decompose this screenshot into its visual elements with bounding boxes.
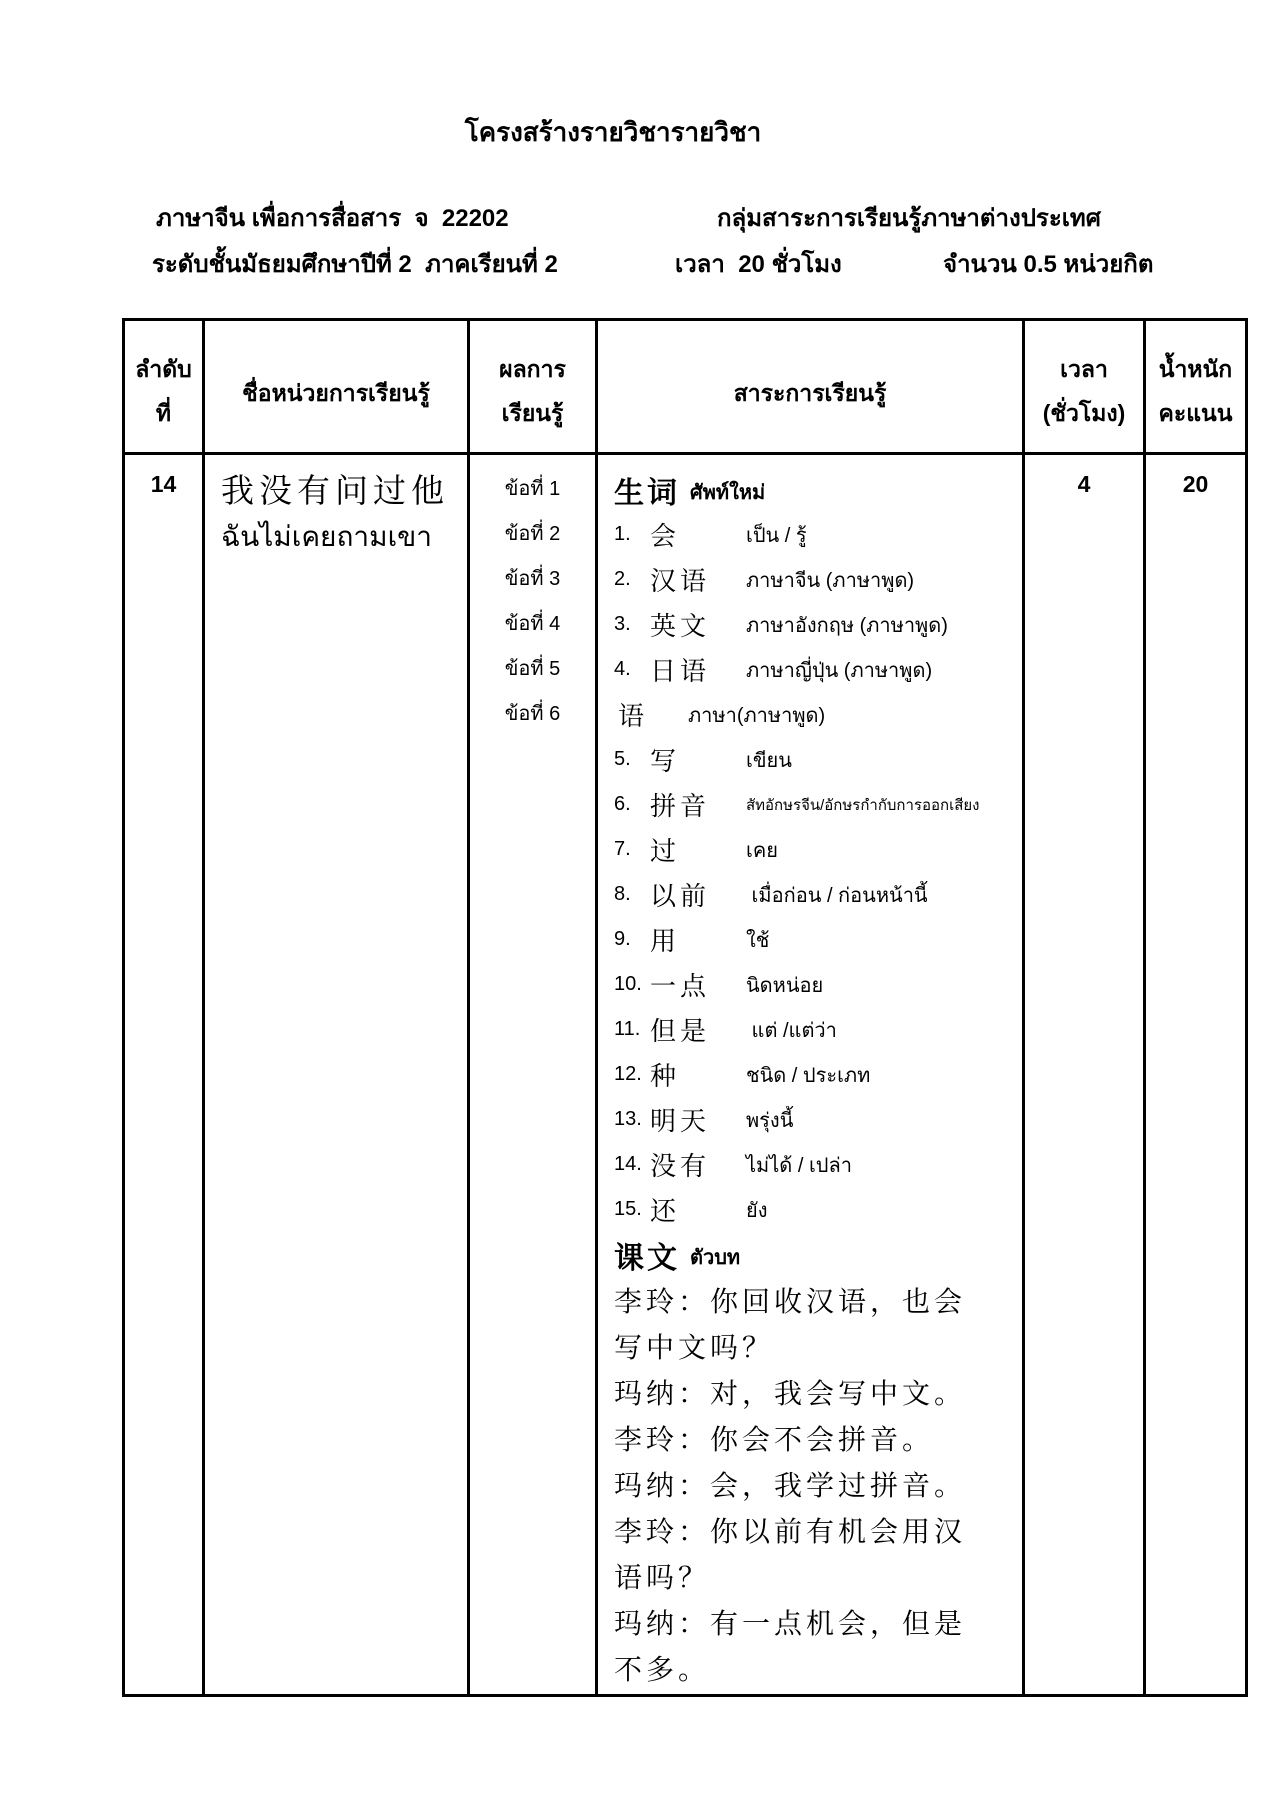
vocab-term: 3.英文 (614, 606, 746, 643)
course-name: ภาษาจีน เพื่อการสื่อสาร จ 22202 (156, 198, 509, 237)
header-score-weight: น้ำหนักคะแนน (1146, 321, 1245, 455)
vocab-thai-meaning: เมื่อก่อน / ก่อนหน้านี้ (746, 879, 928, 911)
vocab-term: 4.日语 (614, 651, 746, 688)
vocab-item: 3.英文 ภาษาอังกฤษ (ภาษาพูด) (614, 602, 1012, 647)
vocab-number: 4. (614, 658, 650, 681)
vocab-item: 8.以前 เมื่อก่อน / ก่อนหน้านี้ (614, 872, 1012, 917)
dialogue-line: 李玲：你回收汉语，也会 (614, 1277, 1012, 1323)
vocab-chinese: 一点 (650, 966, 710, 1003)
vocab-item: 12.种 ชนิด / ประเภท (614, 1052, 1012, 1097)
vocab-thai-meaning: แต่ /แต่ว่า (746, 1014, 837, 1046)
dialogue-line: 写中文吗？ (614, 1323, 1012, 1369)
vocab-number: 2. (614, 568, 650, 591)
vocab-term: 10.一点 (614, 966, 746, 1003)
vocab-thai-meaning: เคย (746, 834, 778, 866)
course-time: เวลา 20 ชั่วโมง (675, 244, 842, 283)
header-line: เรียนรู้ (502, 391, 564, 435)
vocab-thai-meaning: ชนิด / ประเภท (746, 1059, 870, 1091)
vocab-term: 15.还 (614, 1191, 746, 1228)
vocab-thai-meaning: ภาษาญี่ปุ่น (ภาษาพูด) (746, 654, 932, 686)
vocab-term: 5.写 (614, 741, 746, 778)
vocab-term: 8.以前 (614, 876, 746, 913)
vocab-term: 14.没有 (614, 1146, 746, 1183)
vocab-heading-thai: ศัพท์ใหม่ (690, 472, 765, 508)
unit-number-cell: 14 (125, 455, 205, 1694)
unit-title-chinese: 我没有问过他 (221, 469, 461, 513)
vocab-item: 14.没有 ไม่ได้ / เปล่า (614, 1142, 1012, 1187)
course-structure-table: ลำดับที่ ชื่อหน่วยการเรียนรู้ ผลการเรียน… (122, 318, 1248, 1697)
header-line: ผลการ (499, 347, 566, 391)
dialogue-line: 不多。 (614, 1645, 1012, 1691)
time-hours-cell: 4 (1025, 455, 1146, 1694)
unit-name-cell: 我没有问过他 ฉันไม่เคยถามเขา (205, 455, 470, 1694)
outcome-item: ข้อที่ 1 (470, 467, 595, 512)
dialogue-line: 玛纳：会，我学过拼音。 (614, 1461, 1012, 1507)
page-title: โครงสร้างรายวิชารายวิชา (0, 112, 1226, 153)
header-line: ลำดับ (135, 347, 192, 391)
vocab-thai-meaning: ภาษา(ภาษาพูด) (688, 699, 825, 731)
header-line: ที่ (156, 391, 171, 435)
vocab-item: 7.过 เคย (614, 827, 1012, 872)
vocab-chinese: 英文 (650, 606, 710, 643)
vocab-item: 11.但是 แต่ /แต่ว่า (614, 1007, 1012, 1052)
vocab-number: 5. (614, 748, 650, 771)
header-unit-name: ชื่อหน่วยการเรียนรู้ (205, 321, 470, 455)
vocab-item: 语 ภาษา(ภาษาพูด) (614, 692, 1012, 737)
learning-content-cell: 生词 ศัพท์ใหม่ 1.会 เป็น / รู้ 2.汉语 ภาษาจีน… (598, 455, 1025, 1694)
vocab-chinese: 过 (650, 831, 680, 868)
text-heading-chinese: 课文 (614, 1233, 680, 1277)
vocab-thai-meaning: นิดหน่อย (746, 969, 823, 1001)
vocab-thai-meaning: ยัง (746, 1194, 767, 1226)
learning-outcome-cell: ข้อที่ 1ข้อที่ 2ข้อที่ 3ข้อที่ 4ข้อที่ 5… (470, 455, 598, 1694)
header-learning-content: สาระการเรียนรู้ (598, 321, 1025, 455)
outcome-item: ข้อที่ 6 (470, 692, 595, 737)
vocab-chinese: 写 (650, 741, 680, 778)
vocab-term: 语 (614, 696, 688, 733)
vocab-chinese: 但是 (650, 1011, 710, 1048)
header-line: น้ำหนัก (1159, 347, 1232, 391)
vocab-thai-meaning: ภาษาจีน (ภาษาพูด) (746, 564, 914, 596)
document-page: โครงสร้างรายวิชารายวิชา ภาษาจีน เพื่อการ… (0, 0, 1273, 1800)
vocab-chinese: 日语 (650, 651, 710, 688)
outcome-item: ข้อที่ 5 (470, 647, 595, 692)
subject-group: กลุ่มสาระการเรียนรู้ภาษาต่างประเทศ (717, 198, 1101, 237)
outcome-item: ข้อที่ 3 (470, 557, 595, 602)
vocab-item: 15.还 ยัง (614, 1187, 1012, 1232)
vocab-number: 10. (614, 973, 650, 996)
vocab-item: 1.会 เป็น / รู้ (614, 512, 1012, 557)
vocab-thai-meaning: พรุ่งนี้ (746, 1104, 793, 1136)
dialogue-line: 李玲：你会不会拼音。 (614, 1415, 1012, 1461)
vocab-chinese: 汉语 (650, 561, 710, 598)
header-line: สาระการเรียนรู้ (734, 371, 887, 415)
vocab-list: 1.会 เป็น / รู้ 2.汉语 ภาษาจีน (ภาษาพูด) 3.… (614, 512, 1012, 1232)
vocab-chinese: 还 (650, 1191, 680, 1228)
vocab-term: 1.会 (614, 516, 746, 553)
vocab-term: 6.拼音 (614, 786, 746, 823)
dialogue-line: 李玲：你以前有机会用汉 (614, 1507, 1012, 1553)
dialogue-line: 玛纳：有一点机会，但是 (614, 1599, 1012, 1645)
vocab-thai-meaning: ไม่ได้ / เปล่า (746, 1149, 852, 1181)
vocab-number: 1. (614, 523, 650, 546)
vocab-chinese: 明天 (650, 1101, 710, 1138)
text-section-header: 课文 ตัวบท (614, 1232, 1012, 1277)
vocab-thai-meaning: สัทอักษรจีน/อักษรกำกับการออกเสียง (746, 793, 980, 817)
vocab-thai-meaning: เป็น / รู้ (746, 519, 807, 551)
vocab-chinese: 拼音 (650, 786, 710, 823)
header-no: ลำดับที่ (125, 321, 205, 455)
vocab-thai-meaning: ภาษาอังกฤษ (ภาษาพูด) (746, 609, 948, 641)
vocab-number: 7. (614, 838, 650, 861)
vocab-term: 11.但是 (614, 1011, 746, 1048)
header-time-hours: เวลา(ชั่วโมง) (1025, 321, 1146, 455)
dialogue-text: 李玲：你回收汉语，也会写中文吗？玛纳：对，我会写中文。李玲：你会不会拼音。玛纳：… (614, 1277, 1012, 1691)
vocab-item: 6.拼音 สัทอักษรจีน/อักษรกำกับการออกเสียง (614, 782, 1012, 827)
vocab-number: 15. (614, 1198, 650, 1221)
vocab-number: 13. (614, 1108, 650, 1131)
header-line: คะแนน (1158, 391, 1232, 435)
vocab-item: 9.用 ใช้ (614, 917, 1012, 962)
vocab-item: 13.明天 พรุ่งนี้ (614, 1097, 1012, 1142)
header-learning-outcome: ผลการเรียนรู้ (470, 321, 598, 455)
vocab-chinese: 以前 (650, 876, 710, 913)
vocab-number: 3. (614, 613, 650, 636)
text-heading-thai: ตัวบท (690, 1237, 740, 1273)
vocab-term: 12.种 (614, 1056, 746, 1093)
vocab-number: 8. (614, 883, 650, 906)
dialogue-line: 玛纳：对，我会写中文。 (614, 1369, 1012, 1415)
vocab-number: 9. (614, 928, 650, 951)
vocab-term: 7.过 (614, 831, 746, 868)
header-line: ชื่อหน่วยการเรียนรู้ (242, 371, 430, 415)
vocab-number: 12. (614, 1063, 650, 1086)
outcome-item: ข้อที่ 2 (470, 512, 595, 557)
vocab-term: 2.汉语 (614, 561, 746, 598)
unit-title-thai: ฉันไม่เคยถามเขา (221, 517, 461, 557)
vocab-number: 11. (614, 1018, 650, 1041)
course-credit: จำนวน 0.5 หน่วยกิต (943, 244, 1153, 283)
vocab-term: 13.明天 (614, 1101, 746, 1138)
vocab-thai-meaning: ใช้ (746, 924, 769, 956)
vocab-item: 5.写 เขียน (614, 737, 1012, 782)
vocab-number: 14. (614, 1153, 650, 1176)
score-weight-cell: 20 (1146, 455, 1245, 1694)
vocab-thai-meaning: เขียน (746, 744, 792, 776)
vocab-section-header: 生词 ศัพท์ใหม่ (614, 467, 1012, 512)
grade-level: ระดับชั้นมัธยมศึกษาปีที่ 2 ภาคเรียนที่ 2 (152, 244, 558, 283)
vocab-chinese: 语 (618, 696, 648, 733)
vocab-heading-chinese: 生词 (614, 468, 680, 512)
vocab-chinese: 会 (650, 516, 680, 553)
vocab-chinese: 没有 (650, 1146, 710, 1183)
vocab-term: 9.用 (614, 921, 746, 958)
vocab-chinese: 用 (650, 921, 680, 958)
outcome-item: ข้อที่ 4 (470, 602, 595, 647)
vocab-item: 10.一点 นิดหน่อย (614, 962, 1012, 1007)
header-line: เวลา (1060, 347, 1108, 391)
vocab-item: 4.日语 ภาษาญี่ปุ่น (ภาษาพูด) (614, 647, 1012, 692)
header-line: (ชั่วโมง) (1043, 391, 1126, 435)
vocab-item: 2.汉语 ภาษาจีน (ภาษาพูด) (614, 557, 1012, 602)
vocab-number: 6. (614, 793, 650, 816)
vocab-chinese: 种 (650, 1056, 680, 1093)
dialogue-line: 语吗？ (614, 1553, 1012, 1599)
